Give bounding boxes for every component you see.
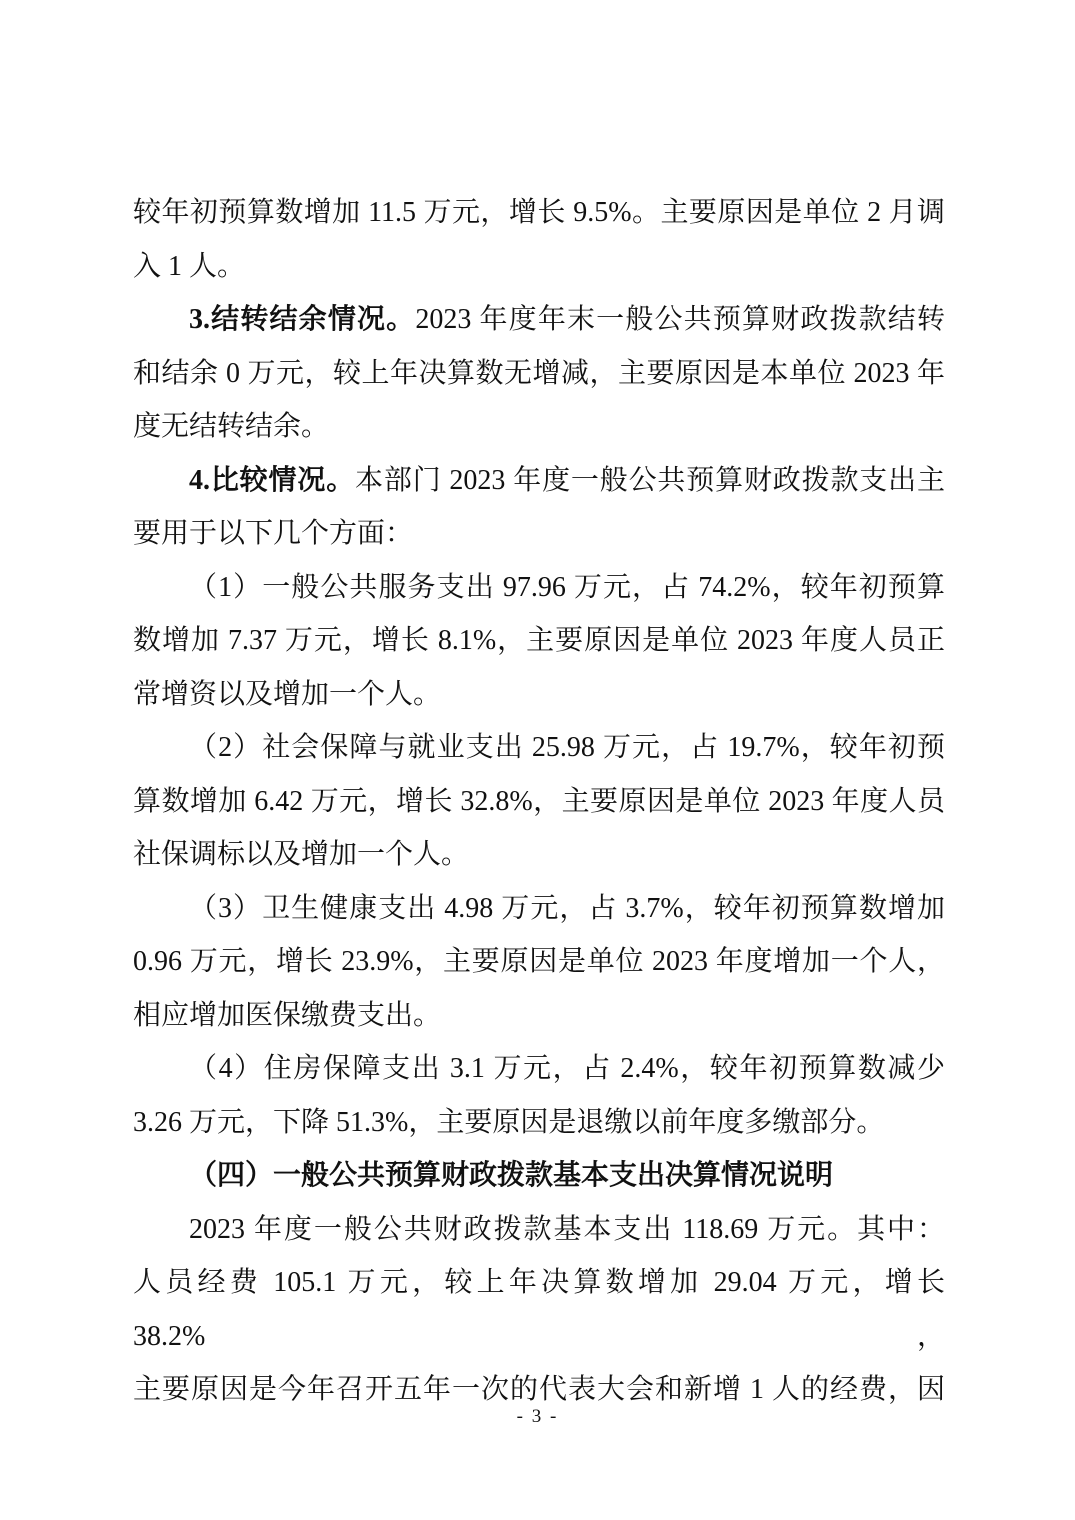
text-line: 2023 年度一般公共财政拨款基本支出 118.69 万元。其中：	[133, 1203, 945, 1257]
text-line: （3）卫生健康支出 4.98 万元，占 3.7%，较年初预算数增加	[133, 882, 945, 936]
section-3-heading: 3.结转结余情况。	[189, 304, 415, 335]
text-line: 入 1 人。	[133, 240, 945, 294]
text-line: 人员经费 105.1 万元，较上年决算数增加 29.04 万元，增长 38.2%…	[133, 1256, 945, 1363]
text-line: 数增加 7.37 万元，增长 8.1%，主要原因是单位 2023 年度人员正	[133, 614, 945, 668]
text-run: 2023 年度年末一般公共预算财政拨款结转	[415, 304, 945, 335]
text-line: 3.26 万元，下降 51.3%，主要原因是退缴以前年度多缴部分。	[133, 1096, 945, 1150]
text-line: （2）社会保障与就业支出 25.98 万元，占 19.7%，较年初预	[133, 721, 945, 775]
text-line: 3.结转结余情况。2023 年度年末一般公共预算财政拨款结转	[133, 293, 945, 347]
text-line: 相应增加医保缴费支出。	[133, 989, 945, 1043]
text-line: 要用于以下几个方面：	[133, 507, 945, 561]
document-page: 较年初预算数增加 11.5 万元，增长 9.5%。主要原因是单位 2 月调 入 …	[0, 0, 1075, 1520]
text-line: 社保调标以及增加一个人。	[133, 828, 945, 882]
page-number: - 3 -	[0, 1406, 1075, 1428]
section-4-chapter-heading: （四）一般公共预算财政拨款基本支出决算情况说明	[133, 1149, 945, 1203]
section-4-heading: 4.比较情况。	[189, 465, 355, 496]
text-line: 度无结转结余。	[133, 400, 945, 454]
text-line: 较年初预算数增加 11.5 万元，增长 9.5%。主要原因是单位 2 月调	[133, 186, 945, 240]
text-line: 算数增加 6.42 万元，增长 32.8%，主要原因是单位 2023 年度人员	[133, 775, 945, 829]
text-line: 常增资以及增加一个人。	[133, 668, 945, 722]
text-line: 4.比较情况。本部门 2023 年度一般公共预算财政拨款支出主	[133, 454, 945, 508]
text-run: 本部门 2023 年度一般公共预算财政拨款支出主	[355, 465, 945, 496]
text-line: （1）一般公共服务支出 97.96 万元，占 74.2%，较年初预算	[133, 561, 945, 615]
text-line: 和结余 0 万元，较上年决算数无增减，主要原因是本单位 2023 年	[133, 347, 945, 401]
document-body: 较年初预算数增加 11.5 万元，增长 9.5%。主要原因是单位 2 月调 入 …	[133, 186, 945, 1417]
text-line: （4）住房保障支出 3.1 万元，占 2.4%，较年初预算数减少	[133, 1042, 945, 1096]
text-line: 0.96 万元，增长 23.9%，主要原因是单位 2023 年度增加一个人，	[133, 935, 945, 989]
